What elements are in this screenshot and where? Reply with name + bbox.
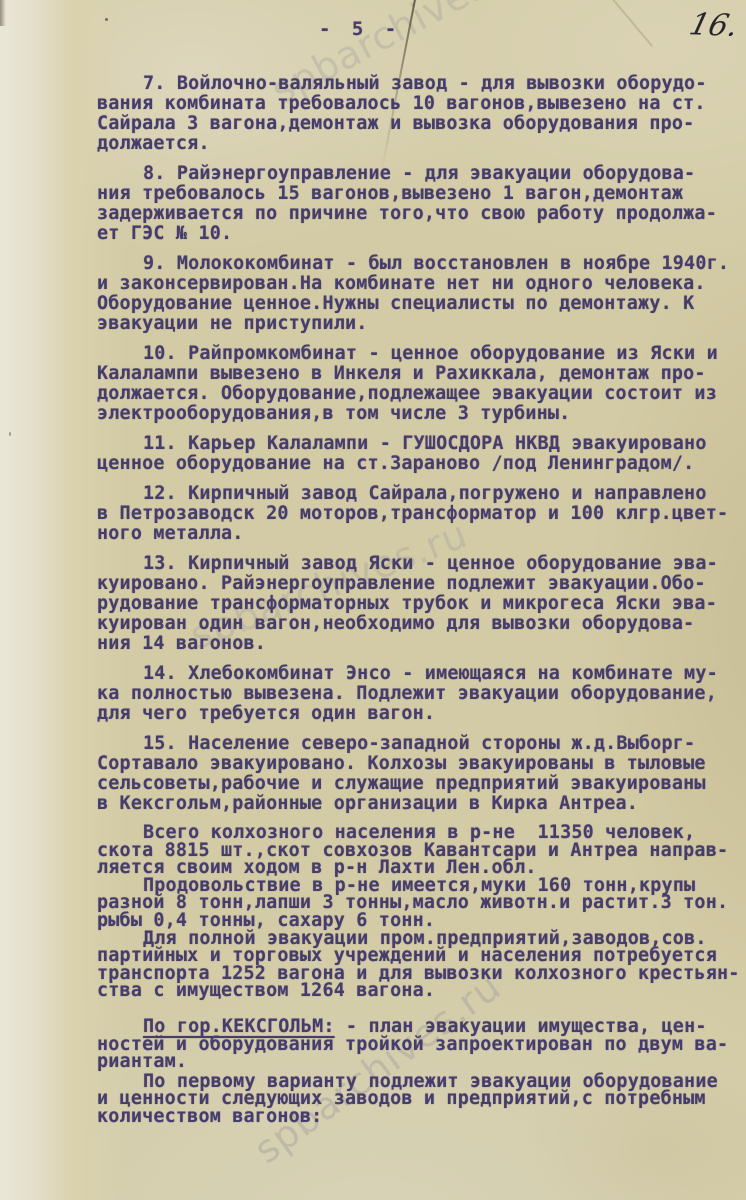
text-line: электрооборудования,в том числе 3 турбин…	[97, 404, 742, 424]
page-number: - 5 -	[319, 18, 401, 40]
text-line: Сортавало эвакуировано. Колхозы эвакуиро…	[97, 754, 742, 774]
text-line: задерживается по причине того,что свою р…	[97, 204, 742, 224]
paragraph: Всего колхозного населения в р-не 11350 …	[97, 824, 742, 877]
paragraph: Для полной эвакуации пром.предприятий,за…	[97, 930, 742, 1000]
paragraph: 14. Хлебокомбинат Энсо - имеющаяся на ко…	[97, 664, 742, 724]
text-line: количеством вагонов:	[97, 1108, 742, 1126]
summary-paragraphs: Всего колхозного населения в р-не 11350 …	[97, 824, 742, 1000]
text-line: 13. Кирпичный завод Яски - ценное оборуд…	[97, 554, 742, 574]
text-line: рыбы 0,4 тонны, сахару 6 тонн.	[97, 912, 742, 930]
text-line: ка полностью вывезена. Подлежит эвакуаци…	[97, 684, 742, 704]
document-body: 7. Войлочно-валяльный завод - для вывозк…	[97, 74, 742, 1126]
paragraph: 11. Карьер Калалампи - ГУШОСДОРА НКВД эв…	[97, 434, 742, 474]
paragraph: 9. Молококомбинат - был восстановлен в н…	[97, 254, 742, 334]
fold-crease	[609, 0, 653, 47]
text-line: ностей и оборудования тройкой запроектир…	[97, 1036, 742, 1054]
folio-number-handwritten: 16.	[686, 7, 742, 44]
paragraph: По первому варианту подлежит эвакуации о…	[97, 1073, 742, 1126]
text-line: 8. Райэнергоуправление - для эвакуации о…	[97, 164, 742, 184]
text-line: для чего требуется один вагон.	[97, 704, 742, 724]
text-line: ценное оборудование на ст.Зараново /под …	[97, 454, 742, 474]
text-line: ния 14 вагонов.	[97, 634, 742, 654]
text-line: должается. Оборудование,подлежащее эваку…	[97, 384, 742, 404]
paragraph: 7. Войлочно-валяльный завод - для вывозк…	[97, 74, 742, 154]
corner-stain	[0, 0, 6, 26]
paper-speck	[9, 432, 11, 436]
text-line: 10. Райпромкомбинат - ценное оборудовани…	[97, 344, 742, 364]
text-line: ния требовалось 15 вагонов,вывезено 1 ва…	[97, 184, 742, 204]
text-line: риантам.	[97, 1053, 742, 1071]
text-line: ного металла.	[97, 524, 742, 544]
text-line: По гор.КЕКСГОЛЬМ: - план эвакуации имуще…	[97, 1018, 742, 1036]
text-line: 7. Войлочно-валяльный завод - для вывозк…	[97, 74, 742, 94]
text-line: должается.	[97, 134, 742, 154]
paragraph: 8. Райэнергоуправление - для эвакуации о…	[97, 164, 742, 244]
paragraph: По гор.КЕКСГОЛЬМ: - план эвакуации имуще…	[97, 1018, 742, 1071]
text-line: и законсервирован.На комбинате нет ни од…	[97, 274, 742, 294]
text-line: 12. Кирпичный завод Сайрала,погружено и …	[97, 484, 742, 504]
text-line: Оборудование ценное.Нужны специалисты по…	[97, 294, 742, 314]
text-line: сельсоветы,рабочие и служащие предприяти…	[97, 774, 742, 794]
numbered-paragraphs: 7. Войлочно-валяльный завод - для вывозк…	[97, 74, 742, 814]
paragraph: 10. Райпромкомбинат - ценное оборудовани…	[97, 344, 742, 424]
text-line: эвакуации не приступили.	[97, 314, 742, 334]
text-line: 11. Карьер Калалампи - ГУШОСДОРА НКВД эв…	[97, 434, 742, 454]
paragraph: 12. Кирпичный завод Сайрала,погружено и …	[97, 484, 742, 544]
text-line: вания комбината требовалось 10 вагонов,в…	[97, 94, 742, 114]
paragraph: Продовольствие в р-не имеется,муки 160 т…	[97, 877, 742, 930]
text-line: 15. Население северо-западной стороны ж.…	[97, 734, 742, 754]
text-line: рудование трансформаторных трубок и микр…	[97, 594, 742, 614]
text-line: в Петрозаводск 20 моторов,трансформатор …	[97, 504, 742, 524]
paragraph: 13. Кирпичный завод Яски - ценное оборуд…	[97, 554, 742, 654]
paragraph: 15. Население северо-западной стороны ж.…	[97, 734, 742, 814]
text-line: ет ГЭС № 10.	[97, 224, 742, 244]
text-line: Калалампи вывезено в Инкеля и Рахиккала,…	[97, 364, 742, 384]
text-line: ства с имуществом 1264 вагона.	[97, 982, 742, 1000]
text-line: куировано. Райэнергоуправление подлежит …	[97, 574, 742, 594]
text-line: 14. Хлебокомбинат Энсо - имеющаяся на ко…	[97, 664, 742, 684]
text-line: Всего колхозного населения в р-не 11350 …	[97, 824, 742, 842]
paper-speck	[105, 18, 108, 21]
kexholm-section: По гор.КЕКСГОЛЬМ: - план эвакуации имуще…	[97, 1018, 742, 1126]
text-line: в Кексгольм,районные организации в Кирка…	[97, 794, 742, 814]
document-page: spbarchives.ru spbarchives.ru spbarchive…	[0, 0, 746, 1200]
text-line: Сайрала 3 вагона,демонтаж и вывозка обор…	[97, 114, 742, 134]
text-line: 9. Молококомбинат - был восстановлен в н…	[97, 254, 742, 274]
text-line: куирован один вагон,необходимо для вывоз…	[97, 614, 742, 634]
